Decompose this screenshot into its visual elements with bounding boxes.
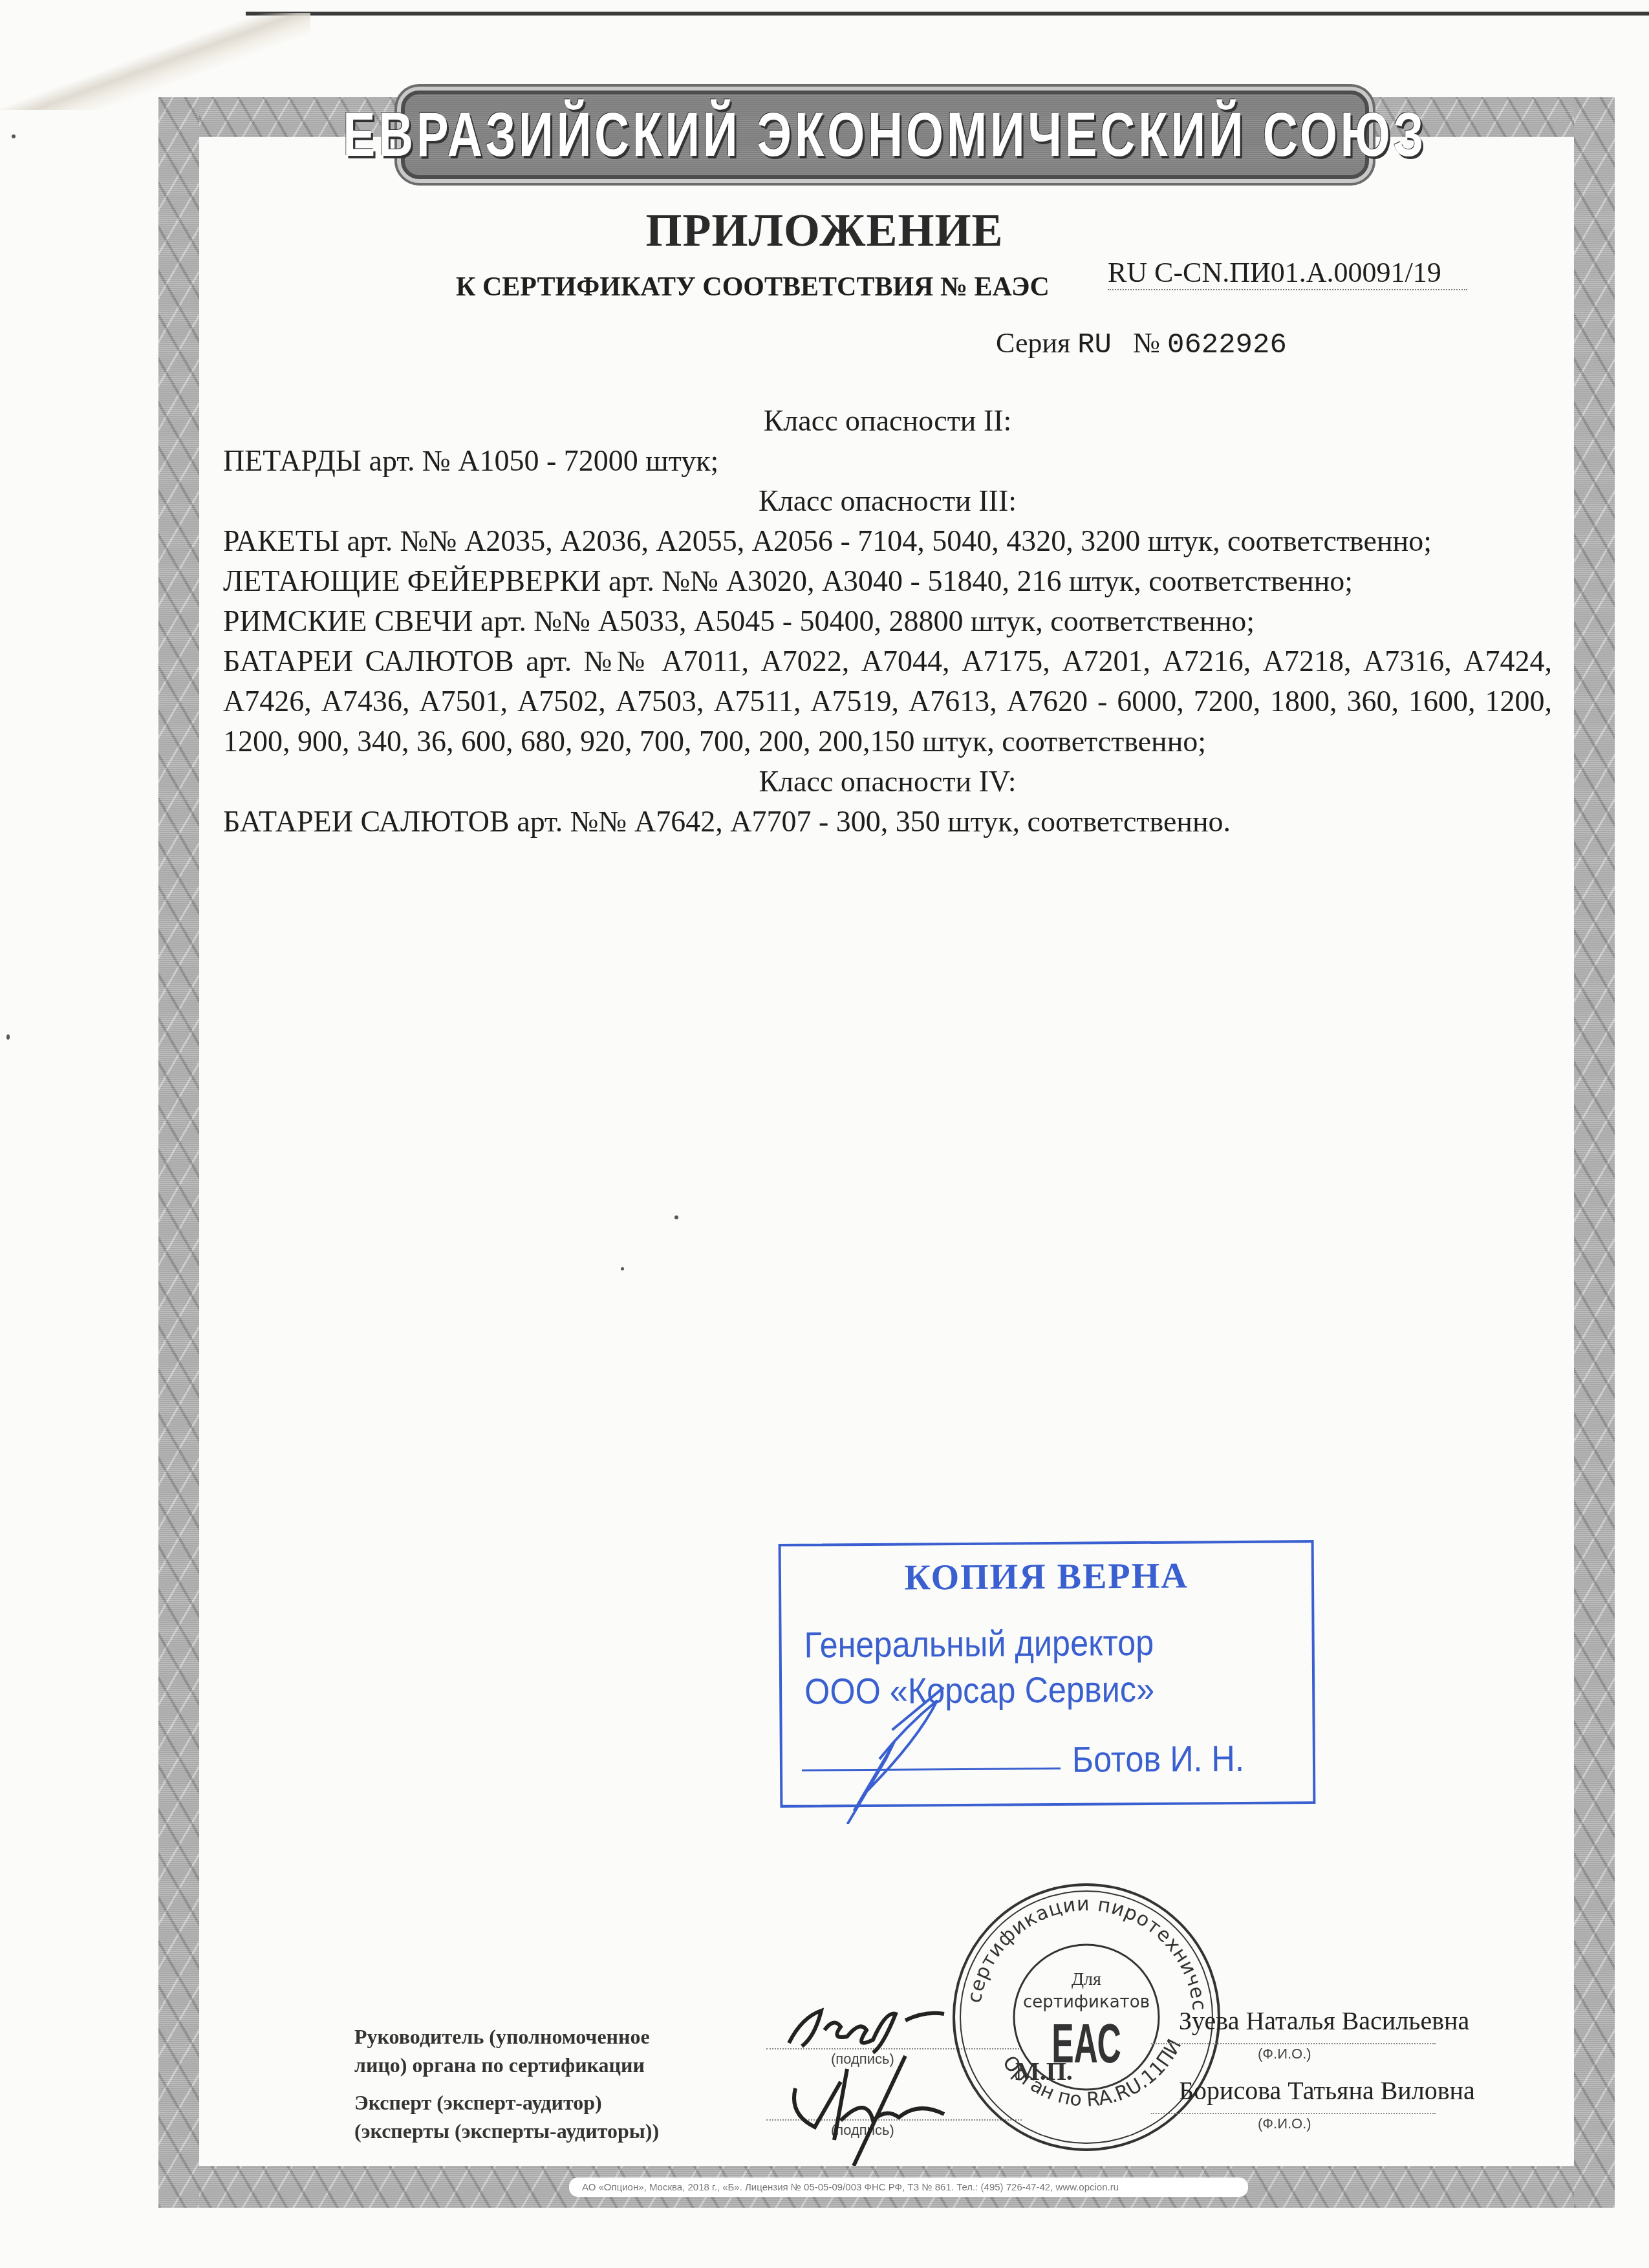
expert-role-label: Эксперт (эксперт-аудитор) (эксперты (экс… [354, 2088, 659, 2145]
seal-inner-line2: сертификатов [1023, 1993, 1150, 2012]
head-name-line [1151, 2043, 1436, 2044]
scan-speck [674, 1215, 678, 1219]
expert-full-name: Борисова Татьяна Виловна [1179, 2075, 1475, 2106]
hazard-class-heading: Класс опасности III: [223, 481, 1552, 521]
stamp-heading: КОПИЯ ВЕРНА [781, 1554, 1311, 1599]
stamp-signer-name: Ботов И. Н. [1072, 1737, 1244, 1781]
hazard-class-heading: Класс опасности II: [223, 401, 1552, 441]
series-value: RU [1077, 329, 1112, 361]
form-number: 0622926 [1167, 329, 1287, 361]
scan-speck [12, 134, 16, 138]
printer-imprint: АО «Опцион», Москва, 2018 г., «Б». Лицен… [569, 2177, 1248, 2197]
eaeu-banner: ЕВРАЗИЙСКИЙ ЭКОНОМИЧЕСКИЙ СОЮЗ [401, 91, 1369, 179]
expert-name-caption: (Ф.И.О.) [1258, 2115, 1311, 2132]
banner-text: ЕВРАЗИЙСКИЙ ЭКОНОМИЧЕСКИЙ СОЮЗ [343, 100, 1427, 171]
border-left [158, 97, 199, 2208]
certificate-number: RU C-CN.ПИ01.А.00091/19 [1108, 256, 1467, 290]
scan-speck [621, 1267, 624, 1270]
head-full-name: Зуева Наталья Васильевна [1179, 2006, 1469, 2036]
series-label: Серия [996, 327, 1070, 359]
expert-name-line [1151, 2113, 1436, 2114]
head-name-caption: (Ф.И.О.) [1258, 2046, 1311, 2062]
scan-edge-line [246, 12, 1649, 16]
stamp-position: Генеральный директор [804, 1621, 1154, 1666]
certificate-reference: К СЕРТИФИКАТУ СООТВЕТСТВИЯ № ЕАЭС RU C-C… [456, 272, 1050, 303]
seal-place-label: М.П. [1015, 2056, 1073, 2086]
head-role-label: Руководитель (уполномоченное лицо) орган… [354, 2022, 650, 2079]
hazard-class-heading: Класс опасности IV: [223, 762, 1552, 802]
copy-certified-stamp: КОПИЯ ВЕРНА Генеральный директор ООО «Ко… [779, 1540, 1316, 1808]
border-right [1574, 97, 1615, 2208]
form-series: Серия RU № 0622926 [996, 326, 1287, 361]
product-entry: РАКЕТЫ арт. №№ А2035, А2036, А2055, А205… [223, 521, 1552, 561]
scan-fold-shadow [0, 13, 310, 110]
product-entry: ПЕТАРДЫ арт. № А1050 - 72000 штук; [223, 441, 1552, 481]
blue-signature-icon [827, 1662, 958, 1824]
product-list: Класс опасности II:ПЕТАРДЫ арт. № А1050 … [223, 401, 1552, 842]
product-entry: РИМСКИЕ СВЕЧИ арт. №№ А5033, А5045 - 504… [223, 601, 1552, 641]
scan-speck [6, 1034, 10, 1040]
product-entry: ЛЕТАЮЩИЕ ФЕЙЕРВЕРКИ арт. №№ А3020, А3040… [223, 561, 1552, 601]
document-title: ПРИЛОЖЕНИЕ [0, 204, 1649, 257]
seal-inner-line1: Для [1072, 1969, 1101, 1989]
certificate-prefix: К СЕРТИФИКАТУ СООТВЕТСТВИЯ № ЕАЭС [456, 272, 1050, 302]
number-label: № [1133, 327, 1160, 359]
product-entry: БАТАРЕИ САЛЮТОВ арт. №№ А7011, А7022, А7… [223, 641, 1552, 762]
product-entry: БАТАРЕИ САЛЮТОВ арт. №№ А7642, А7707 - 3… [223, 802, 1552, 842]
